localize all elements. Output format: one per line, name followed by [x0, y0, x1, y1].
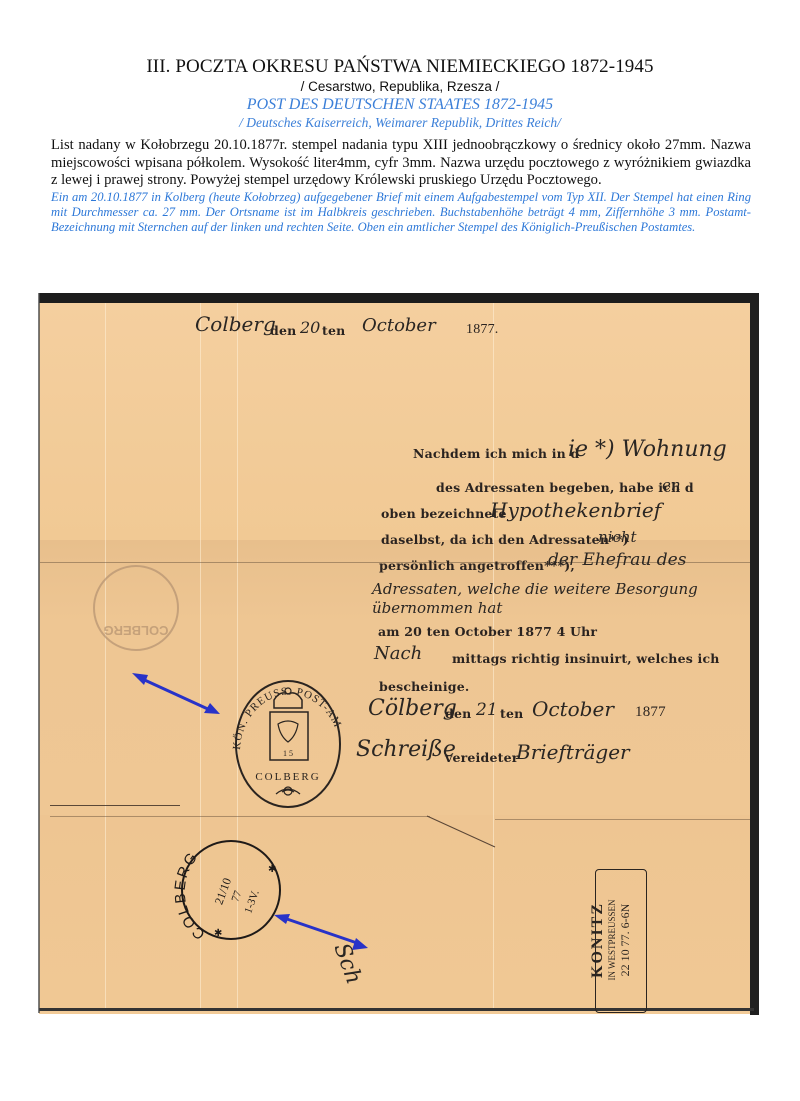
svg-text:KÖN. PREUSS. POST-AMT: KÖN. PREUSS. POST-AMT [218, 663, 344, 750]
svg-text:COLBERG: COLBERG [172, 848, 209, 943]
official-seal-stamp: KÖN. PREUSS. POST-AMT 1 5 COLBERG [222, 672, 352, 812]
page-subtitle: / Cesarstwo, Republika, Rzesza / [0, 78, 800, 95]
form-line-2-printed: des Adressaten begeben, habe ich d [436, 480, 694, 495]
form-line-8-printed: mittags richtig insinuirt, welches ich [452, 651, 720, 666]
svg-text:IN WESTPREUSSEN: IN WESTPREUSSEN [607, 899, 617, 981]
signature-title: Briefträger [516, 740, 630, 764]
dateline-month: October [362, 315, 436, 336]
page-header: III. POCZTA OKRESU PAŃSTWA NIEMIECKIEGO … [0, 56, 800, 131]
signature-year: 1877 [635, 704, 666, 721]
svg-text:77: 77 [229, 889, 244, 904]
form-line-3-handwritten: Hypothekenbrief [490, 498, 661, 522]
signature-ten: ten [500, 706, 523, 721]
letter-left-edge [38, 293, 40, 1013]
form-line-3-printed: oben bezeichnete [381, 506, 507, 521]
dateline-year: 1877. [466, 322, 499, 338]
dateline-den: den [270, 323, 296, 338]
form-line-7-printed: am 20 ten October 1877 4 Uhr [378, 624, 597, 639]
svg-text:1-3V.: 1-3V. [242, 888, 262, 915]
konitz-box-text: KONITZ IN WESTPREUSSEN 22 10 77. 6-6N [595, 869, 647, 1011]
signature-name: Schreiße [356, 737, 456, 762]
signature-day: 21 [476, 700, 498, 720]
form-line-9-printed: bescheinige. [379, 679, 469, 694]
page-title: III. POCZTA OKRESU PAŃSTWA NIEMIECKIEGO … [0, 56, 800, 78]
svg-text:21/10: 21/10 [212, 876, 235, 906]
envelope-flap-edge [50, 816, 430, 817]
svg-text:COLBERG: COLBERG [104, 623, 169, 638]
form-line-6-handwritten: Adressaten, welche die weitere Besorgung… [372, 580, 752, 618]
svg-text:1 5: 1 5 [283, 749, 293, 758]
description: List nadany w Kołobrzegu 20.10.1877r. st… [51, 137, 751, 235]
form-line-2-handwritten: en [662, 476, 681, 494]
form-line-8-handwritten: Nach [374, 643, 422, 664]
svg-text:✱: ✱ [214, 928, 222, 939]
signature-place: Cölberg [368, 696, 457, 721]
dateline-ten: ten [322, 323, 345, 338]
envelope-flap-diagonal [425, 813, 505, 853]
form-line-5-printed: persönlich angetroffen***), [379, 558, 575, 573]
svg-text:COLBERG: COLBERG [255, 771, 320, 783]
colberg-postmark-stamp: COLBERG 21/10 77 1-3V. ✱ ✱ [176, 838, 286, 948]
signature-month: October [532, 697, 614, 721]
envelope-flap-edge [495, 819, 750, 820]
svg-text:22 10 77. 6-6N: 22 10 77. 6-6N [618, 903, 632, 976]
form-line-4-printed: daselbst, da ich den Adressaten**) [381, 532, 629, 547]
form-line-4-handwritten: nicht [598, 528, 637, 546]
form-line-1-handwritten: ie *) Wohnung [568, 437, 727, 462]
ink-line [50, 805, 180, 806]
arrow-annotation-seal [130, 665, 230, 725]
description-german: Ein am 20.10.1877 in Kolberg (heute Koło… [51, 190, 751, 236]
signature-printed-sworn: vereideter [445, 750, 519, 765]
svg-text:KONITZ: KONITZ [589, 902, 606, 978]
letter-top-edge [39, 293, 759, 303]
dateline-place: Colberg [195, 312, 276, 336]
description-polish: List nadany w Kołobrzegu 20.10.1877r. st… [51, 137, 751, 190]
svg-text:✱: ✱ [268, 864, 276, 875]
page-title-german: POST DES DEUTSCHEN STAATES 1872-1945 [0, 95, 800, 114]
signature-den: den [445, 706, 471, 721]
dateline-day: 20 [300, 318, 320, 337]
ghost-postmark-stamp: COLBERG [88, 560, 188, 660]
form-line-5-handwritten: der Ehefrau des [548, 550, 686, 570]
page-subtitle-german: / Deutsches Kaiserreich, Weimarer Republ… [0, 114, 800, 131]
form-line-1-printed: Nachdem ich mich in d [413, 446, 579, 461]
letter-right-edge [750, 293, 759, 1015]
